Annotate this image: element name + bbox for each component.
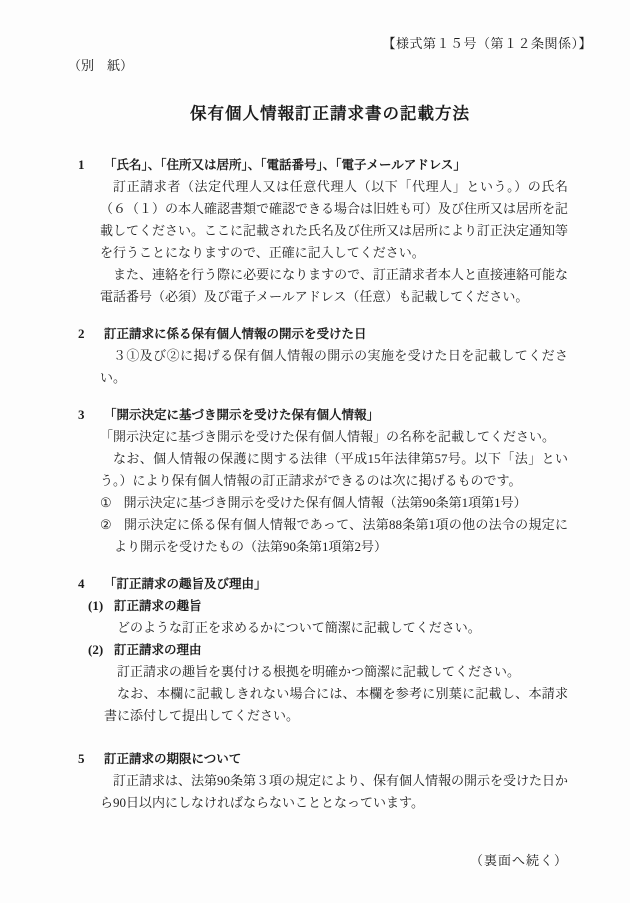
- numbered-item-list: ①開示決定に基づき開示を受けた保有個人情報（法第90条第1項第1号） ②開示決定…: [100, 492, 568, 558]
- item-text: 開示決定に係る保有個人情報であって、法第88条第1項の他の法令の規定により開示を…: [114, 517, 568, 554]
- section-1: 1 「氏名」、「住所又は居所」、「電話番号」、「電子メールアドレス」 訂正請求者…: [78, 154, 568, 308]
- section-3: 3 「開示決定に基づき開示を受けた保有個人情報」 「開示決定に基づき開示を受けた…: [78, 404, 568, 558]
- section-heading-text: 「開示決定に基づき開示を受けた保有個人情報」: [104, 404, 379, 426]
- section-number: 2: [78, 323, 104, 345]
- subsection-1-body: どのような訂正を求めるかについて簡潔に記載してください。: [104, 617, 568, 639]
- item-marker: ①: [100, 495, 112, 510]
- form-number-note: 【様式第１５号（第１２条関係）】: [68, 33, 592, 55]
- item-marker: ②: [100, 517, 112, 532]
- paragraph: 訂正請求の趣旨を裏付ける根拠を明確かつ簡潔に記載してください。: [104, 661, 568, 683]
- section-1-body: 訂正請求者（法定代理人又は任意代理人（以下「代理人」という。）の氏名（６（１）の…: [100, 176, 568, 308]
- section-4: 4 「訂正請求の趣旨及び理由」 (1) 訂正請求の趣旨 どのような訂正を求めるか…: [78, 573, 568, 727]
- paragraph: なお、個人情報の保護に関する法律（平成15年法律第57号。以下「法」という。）に…: [100, 448, 568, 492]
- section-heading-text: 「氏名」、「住所又は居所」、「電話番号」、「電子メールアドレス」: [104, 154, 466, 176]
- paragraph: また、連絡を行う際に必要になりますので、訂正請求者本人と直接連絡可能な電話番号（…: [100, 264, 568, 308]
- paragraph: なお、本欄に記載しきれない場合には、本欄を参考に別葉に記載し、本請求書に添付して…: [104, 683, 568, 727]
- paragraph: ３①及び②に掲げる保有個人情報の開示の実施を受けた日を記載してください。: [100, 345, 568, 389]
- subsection-title: 訂正請求の理由: [114, 639, 202, 661]
- paragraph: どのような訂正を求めるかについて簡潔に記載してください。: [104, 617, 568, 639]
- page-title: 保有個人情報訂正請求書の記載方法: [68, 99, 592, 129]
- section-5-body: 訂正請求は、法第90条第３項の規定により、保有個人情報の開示を受けた日から90日…: [100, 770, 568, 814]
- subsection-1-heading: (1) 訂正請求の趣旨: [88, 595, 568, 617]
- paragraph: 「開示決定に基づき開示を受けた保有個人情報」の名称を記載してください。: [100, 426, 568, 448]
- section-heading-text: 訂正請求の期限について: [104, 748, 241, 770]
- attachment-label: （別 紙）: [68, 55, 592, 77]
- item-text: 開示決定に基づき開示を受けた保有個人情報（法第90条第1項第1号）: [124, 495, 527, 510]
- section-heading-text: 「訂正請求の趣旨及び理由」: [104, 573, 267, 595]
- section-5-heading: 5 訂正請求の期限について: [78, 748, 568, 770]
- section-2: 2 訂正請求に係る保有個人情報の開示を受けた日 ３①及び②に掲げる保有個人情報の…: [78, 323, 568, 389]
- subsection-title: 訂正請求の趣旨: [114, 595, 202, 617]
- section-3-body: 「開示決定に基づき開示を受けた保有個人情報」の名称を記載してください。 なお、個…: [100, 426, 568, 558]
- section-2-body: ３①及び②に掲げる保有個人情報の開示の実施を受けた日を記載してください。: [100, 345, 568, 389]
- subsection-2-heading: (2) 訂正請求の理由: [88, 639, 568, 661]
- subsection-marker: (2): [88, 639, 114, 661]
- section-2-heading: 2 訂正請求に係る保有個人情報の開示を受けた日: [78, 323, 568, 345]
- section-3-heading: 3 「開示決定に基づき開示を受けた保有個人情報」: [78, 404, 568, 426]
- subsection-2-body: 訂正請求の趣旨を裏付ける根拠を明確かつ簡潔に記載してください。 なお、本欄に記載…: [104, 661, 568, 727]
- subsection-2: (2) 訂正請求の理由 訂正請求の趣旨を裏付ける根拠を明確かつ簡潔に記載してくだ…: [88, 639, 568, 727]
- section-number: 4: [78, 573, 104, 595]
- section-heading-text: 訂正請求に係る保有個人情報の開示を受けた日: [104, 323, 367, 345]
- section-number: 1: [78, 154, 104, 176]
- paragraph: 訂正請求者（法定代理人又は任意代理人（以下「代理人」という。）の氏名（６（１）の…: [100, 176, 568, 264]
- continued-on-back-note: （裏面へ続く）: [78, 850, 568, 872]
- document-page: 【様式第１５号（第１２条関係）】 （別 紙） 保有個人情報訂正請求書の記載方法 …: [0, 0, 630, 903]
- subsection-1: (1) 訂正請求の趣旨 どのような訂正を求めるかについて簡潔に記載してください。: [88, 595, 568, 639]
- section-4-heading: 4 「訂正請求の趣旨及び理由」: [78, 573, 568, 595]
- section-1-heading: 1 「氏名」、「住所又は居所」、「電話番号」、「電子メールアドレス」: [78, 154, 568, 176]
- paragraph: 訂正請求は、法第90条第３項の規定により、保有個人情報の開示を受けた日から90日…: [100, 770, 568, 814]
- section-5: 5 訂正請求の期限について 訂正請求は、法第90条第３項の規定により、保有個人情…: [78, 748, 568, 814]
- document-body: 1 「氏名」、「住所又は居所」、「電話番号」、「電子メールアドレス」 訂正請求者…: [68, 154, 592, 872]
- section-number: 5: [78, 748, 104, 770]
- section-number: 3: [78, 404, 104, 426]
- list-item: ①開示決定に基づき開示を受けた保有個人情報（法第90条第1項第1号）: [100, 492, 568, 514]
- list-item: ②開示決定に係る保有個人情報であって、法第88条第1項の他の法令の規定により開示…: [100, 514, 568, 558]
- subsection-marker: (1): [88, 595, 114, 617]
